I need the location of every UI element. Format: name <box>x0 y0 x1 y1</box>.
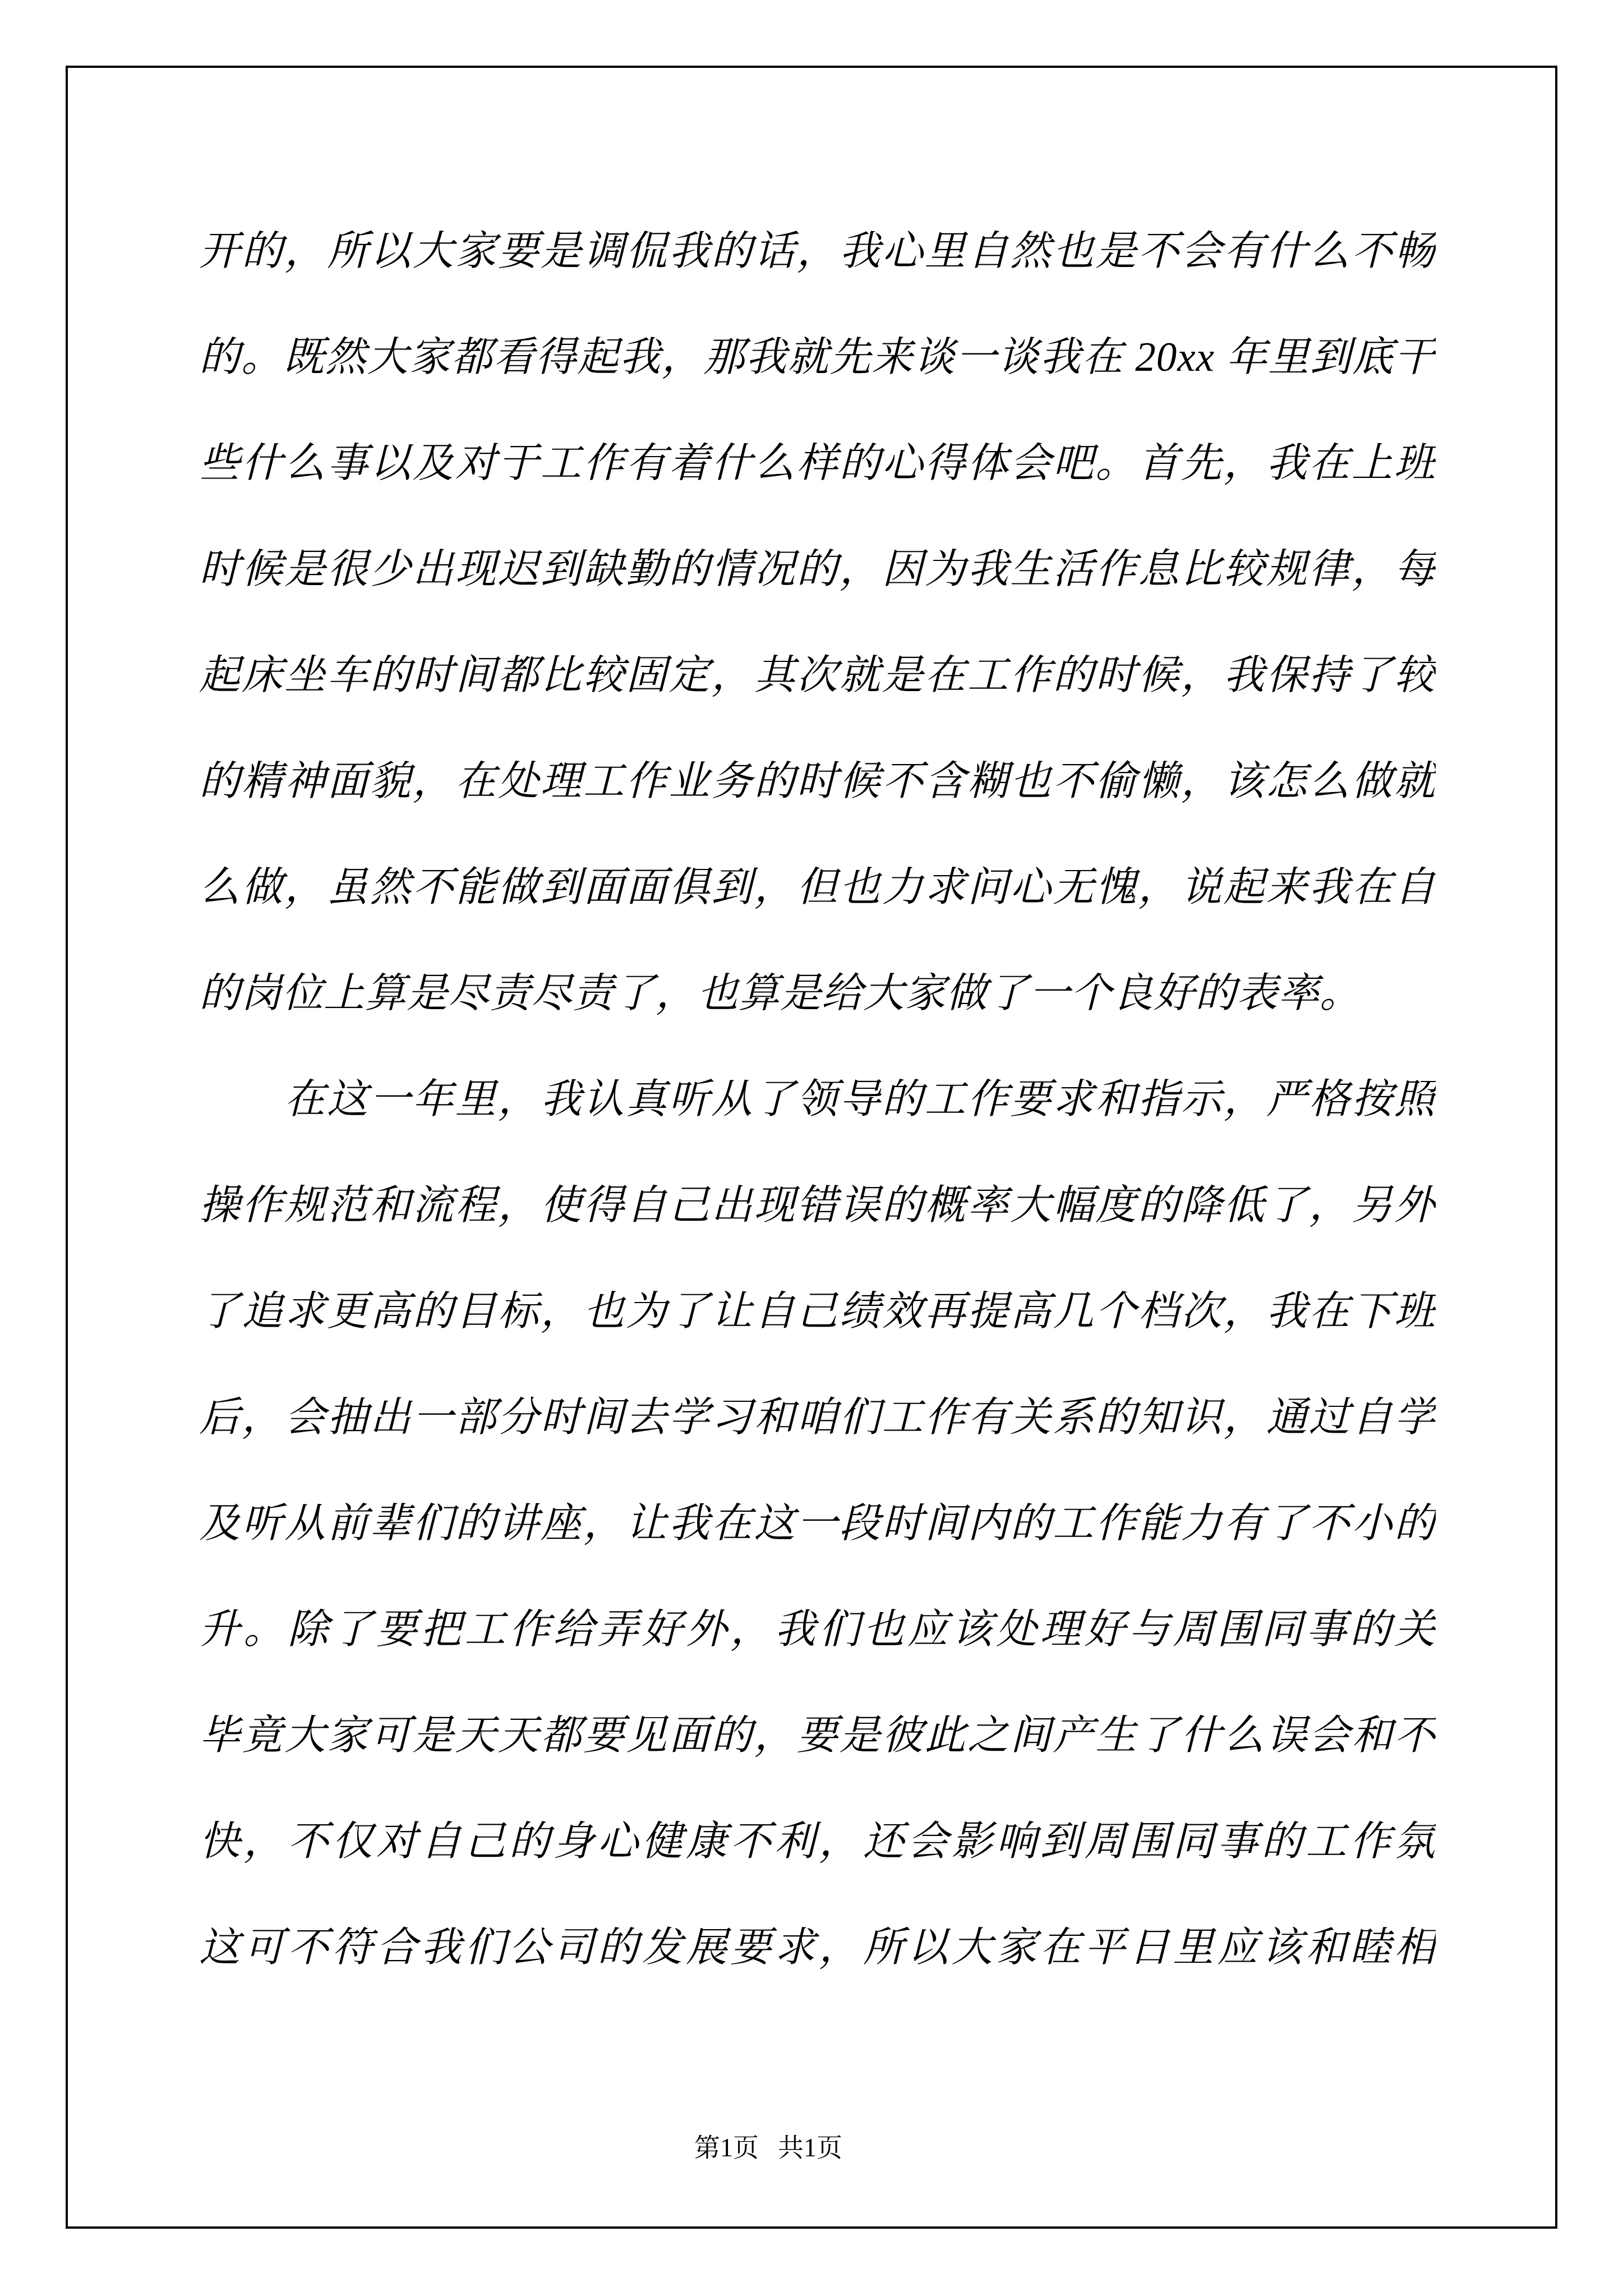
text-line: 操作规范和流程，使得自己出现错误的概率大幅度的降低了，另外为 <box>199 1152 1436 1258</box>
text-line: 的岗位上算是尽责尽责了，也算是给大家做了一个良好的表率。 <box>199 940 1436 1046</box>
text-line: 起床坐车的时间都比较固定，其次就是在工作的时候，我保持了较好 <box>199 622 1436 728</box>
page-number-current: 第1页 <box>694 2133 759 2162</box>
text-line: 的。既然大家都看得起我，那我就先来谈一谈我在 20xx 年里到底干了 <box>199 304 1436 410</box>
page-number-total: 共1页 <box>778 2133 842 2162</box>
page-footer: 第1页共1页 <box>0 2127 1580 2164</box>
document-page: 开的，所以大家要是调侃我的话，我心里自然也是不会有什么不畅快的。既然大家都看得起… <box>0 0 1623 2296</box>
text-line: 后，会抽出一部分时间去学习和咱们工作有关系的知识，通过自学以 <box>199 1364 1436 1470</box>
text-line: 及听从前辈们的讲座，让我在这一段时间内的工作能力有了不小的提 <box>199 1470 1436 1576</box>
text-line: 这可不符合我们公司的发展要求，所以大家在平日里应该和睦相处， <box>199 1894 1436 2000</box>
text-line: 快，不仅对自己的身心健康不利，还会影响到周围同事的工作氛围， <box>199 1788 1436 1894</box>
text-line: 毕竟大家可是天天都要见面的，要是彼此之间产生了什么误会和不愉 <box>199 1682 1436 1788</box>
document-body: 开的，所以大家要是调侃我的话，我心里自然也是不会有什么不畅快的。既然大家都看得起… <box>199 198 1436 2000</box>
text-line: 在这一年里，我认真听从了领导的工作要求和指示，严格按照了 <box>199 1046 1436 1152</box>
paragraph-2: 在这一年里，我认真听从了领导的工作要求和指示，严格按照了操作规范和流程，使得自己… <box>199 1046 1436 2000</box>
text-line: 了追求更高的目标，也为了让自己绩效再提高几个档次，我在下班之 <box>199 1258 1436 1364</box>
text-line: 升。除了要把工作给弄好外，我们也应该处理好与周围同事的关系， <box>199 1576 1436 1682</box>
paragraph-1: 开的，所以大家要是调侃我的话，我心里自然也是不会有什么不畅快的。既然大家都看得起… <box>199 198 1436 1046</box>
text-line: 时候是很少出现迟到缺勤的情况的，因为我生活作息比较规律，每天 <box>199 516 1436 622</box>
text-line: 开的，所以大家要是调侃我的话，我心里自然也是不会有什么不畅快 <box>199 198 1436 304</box>
text-line: 么做，虽然不能做到面面俱到，但也力求问心无愧，说起来我在自己 <box>199 834 1436 940</box>
text-line: 的精神面貌，在处理工作业务的时候不含糊也不偷懒，该怎么做就怎 <box>199 728 1436 834</box>
text-line: 些什么事以及对于工作有着什么样的心得体会吧。首先，我在上班的 <box>199 410 1436 516</box>
